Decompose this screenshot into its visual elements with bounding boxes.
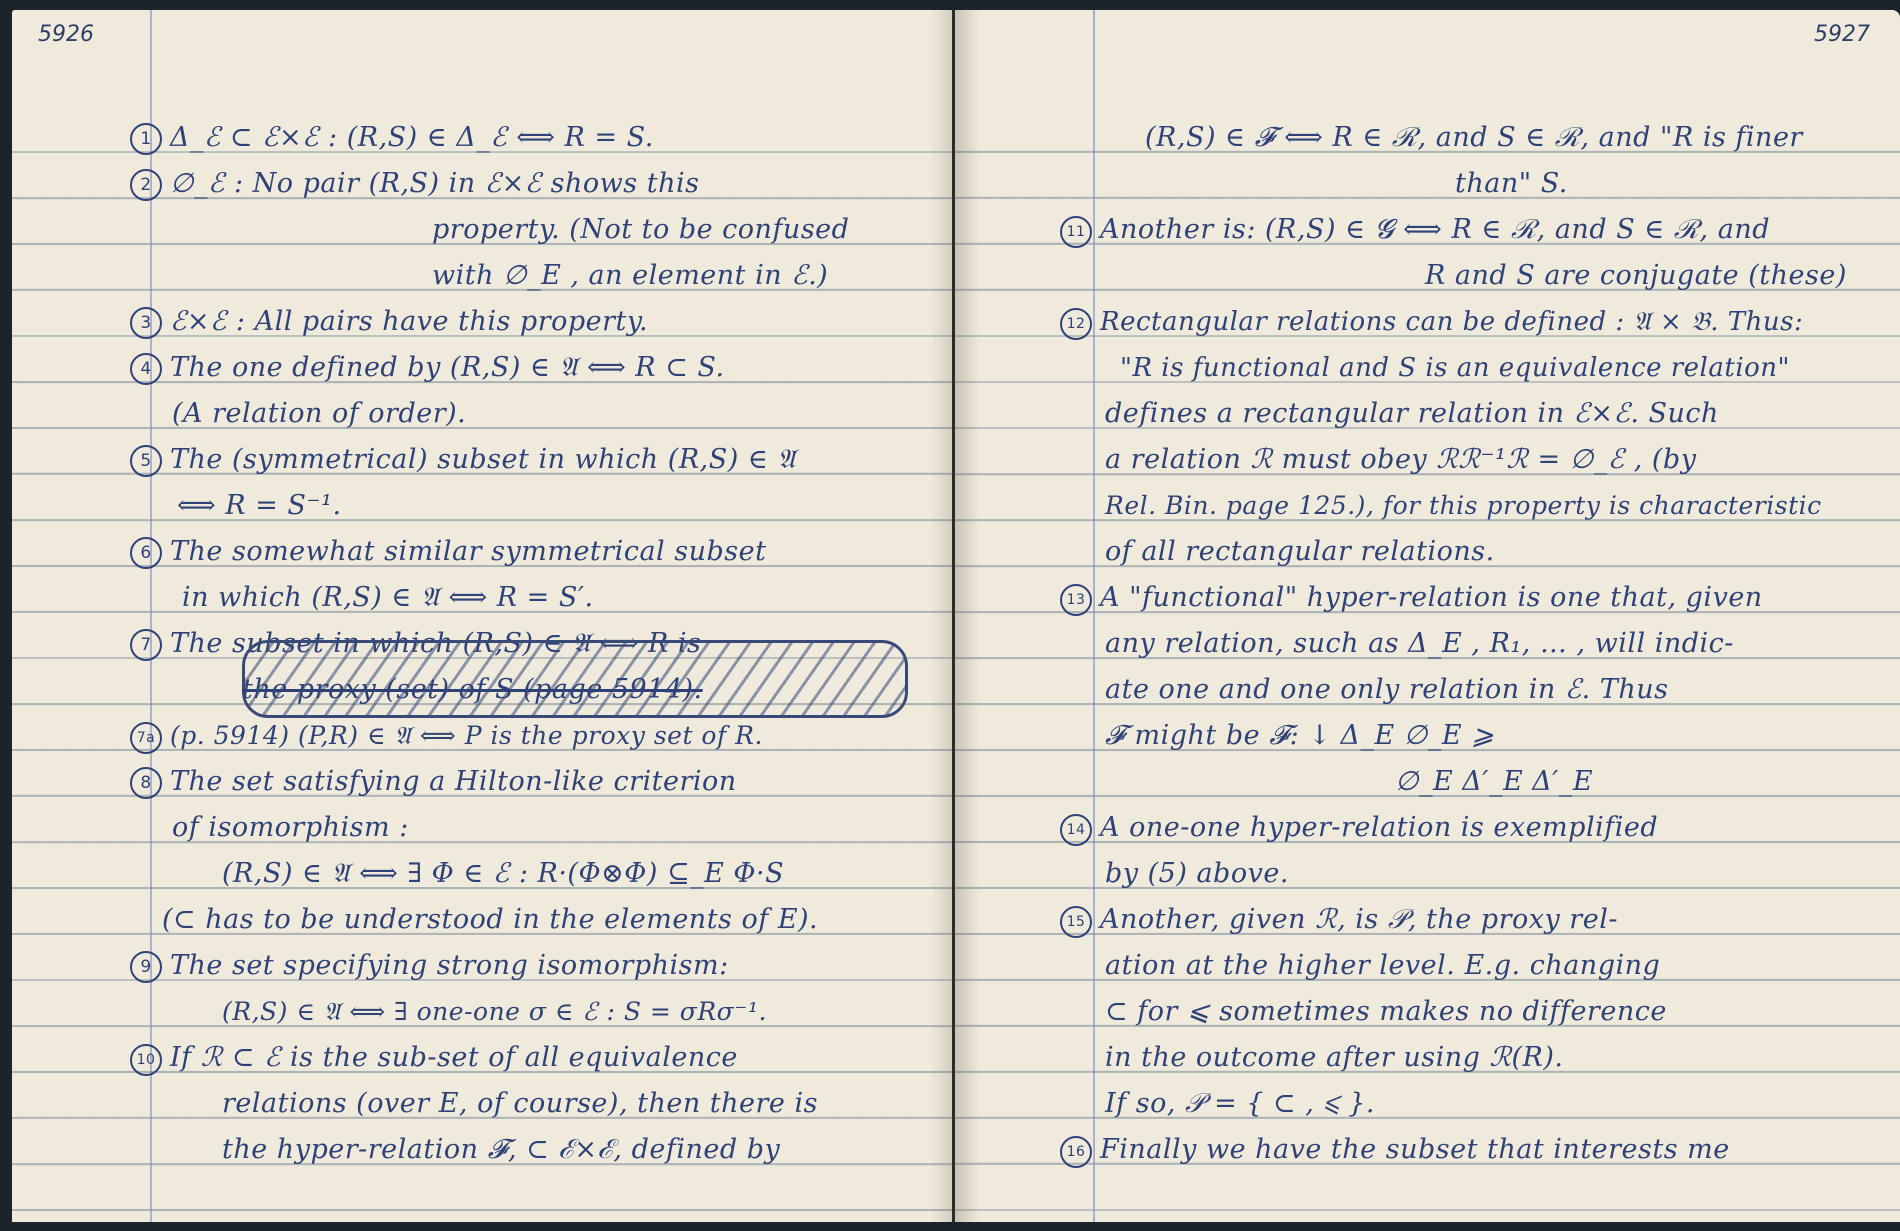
- right-page-header-area: [955, 10, 1900, 140]
- right-margin-line: [1093, 10, 1095, 1222]
- line-text: The set satisfying a Hilton-like criteri…: [170, 766, 737, 797]
- list-item-continuation: ⟺ R = S⁻¹.: [177, 491, 342, 521]
- item-number-badge: 10: [130, 1044, 162, 1076]
- list-item: 10If ℛ ⊂ ℰ is the sub-set of all equival…: [130, 1043, 738, 1076]
- struck-out-line: the proxy (set) of S (page 5914).: [242, 675, 703, 705]
- item-number-badge: 3: [130, 307, 162, 339]
- line-text: The one defined by (R,S) ∈ 𝔄 ⟺ R ⊂ S.: [170, 352, 725, 383]
- list-item: 12Rectangular relations can be defined :…: [1060, 307, 1803, 340]
- left-page-header-area: [12, 10, 952, 140]
- list-item: 5The (symmetrical) subset in which (R,S)…: [130, 445, 796, 477]
- item-number-badge: 2: [130, 169, 162, 201]
- list-item-continuation: than" S.: [1455, 169, 1568, 199]
- list-item-continuation: with ∅_E , an element in ℰ.): [432, 261, 828, 291]
- item-number-badge: 12: [1060, 308, 1092, 340]
- list-item: 13A "functional" hyper-relation is one t…: [1060, 583, 1763, 616]
- list-item: 2∅_ℰ : No pair (R,S) in ℰ×ℰ shows this: [130, 169, 699, 201]
- line-text: A one-one hyper-relation is exemplified: [1100, 812, 1658, 843]
- item-number-badge: 7: [130, 629, 162, 661]
- formula-line: (R,S) ∈ 𝔄 ⟺ ∃ Φ ∈ ℰ : R·(Φ⊗Φ) ⊆_E Φ·S: [222, 859, 784, 889]
- list-item: 8The set satisfying a Hilton-like criter…: [130, 767, 737, 799]
- list-item-continuation: property. (Not to be confused: [432, 215, 849, 245]
- line-text: ℰ×ℰ : All pairs have this property.: [170, 306, 648, 337]
- formula-line: (R,S) ∈ 𝓕 ⟺ R ∈ ℛ, and S ∈ ℛ, and "R is …: [1145, 123, 1803, 153]
- list-item: 6The somewhat similar symmetrical subset: [130, 537, 766, 569]
- list-item-continuation: ate one and one only relation in ℰ. Thus: [1105, 675, 1668, 705]
- line-text: Δ_ℰ ⊂ ℰ×ℰ : (R,S) ∈ Δ_ℰ ⟺ R = S.: [170, 122, 654, 153]
- item-number-badge: 4: [130, 353, 162, 385]
- item-number-badge: 11: [1060, 216, 1092, 248]
- line-text: If ℛ ⊂ ℰ is the sub-set of all equivalen…: [170, 1042, 738, 1073]
- line-text: The (symmetrical) subset in which (R,S) …: [170, 444, 796, 475]
- line-text: (p. 5914) (P,R) ∈ 𝔄 ⟺ P is the proxy set…: [170, 721, 763, 750]
- list-item: 14A one-one hyper-relation is exemplifie…: [1060, 813, 1658, 846]
- right-page-number: 5927: [1814, 22, 1870, 47]
- hyper-relation-diagram-row: ∅_E Δ′_E Δ′_E: [1395, 767, 1593, 797]
- left-page-number: 5926: [38, 22, 94, 47]
- formula-line: (R,S) ∈ 𝔄 ⟺ ∃ one-one σ ∈ ℰ : S = σRσ⁻¹.: [222, 997, 767, 1027]
- item-number-badge: 5: [130, 445, 162, 477]
- line-text: a relation ℛ must obey ℛℛ⁻¹ℛ = ∅_ℰ , (by: [1105, 444, 1696, 475]
- item-number-badge: 14: [1060, 814, 1092, 846]
- list-item-continuation: ation at the higher level. E.g. changing: [1105, 951, 1660, 981]
- list-item-continuation: the hyper-relation 𝓕, ⊂ ℰ×ℰ, defined by: [222, 1135, 780, 1165]
- list-item-continuation: in which (R,S) ∈ 𝔄 ⟺ R = S′.: [182, 583, 594, 613]
- line-text: with ∅_E , an element in ℰ.): [432, 260, 828, 291]
- item-number-badge: 9: [130, 951, 162, 983]
- list-item-continuation: of all rectangular relations.: [1105, 537, 1495, 567]
- line-text: The set specifying strong isomorphism:: [170, 950, 729, 981]
- list-item-continuation: relations (over E, of course), then ther…: [222, 1089, 818, 1119]
- list-item-continuation: R and S are conjugate (these): [1425, 261, 1847, 291]
- list-item: 16Finally we have the subset that intere…: [1060, 1135, 1730, 1168]
- item-number-badge: 15: [1060, 906, 1092, 938]
- item-number-badge: 8: [130, 767, 162, 799]
- item-number-badge: 7a: [130, 722, 162, 754]
- line-text: Rectangular relations can be defined : 𝔄…: [1100, 307, 1803, 337]
- item-number-badge: 6: [130, 537, 162, 569]
- list-item: 11Another is: (R,S) ∈ 𝓖 ⟺ R ∈ ℛ, and S ∈…: [1060, 215, 1770, 248]
- list-item-continuation: (A relation of order).: [172, 399, 466, 429]
- item-number-badge: 13: [1060, 584, 1092, 616]
- list-item-continuation: any relation, such as Δ_E , R₁, … , will…: [1105, 629, 1734, 659]
- line-text: The somewhat similar symmetrical subset: [170, 536, 766, 567]
- list-item-continuation: in the outcome after using ℛ(R).: [1105, 1043, 1564, 1073]
- left-page: 5926 1Δ_ℰ ⊂ ℰ×ℰ : (R,S) ∈ Δ_ℰ ⟺ R = S. 2…: [12, 10, 952, 1222]
- line-text: Finally we have the subset that interest…: [1100, 1134, 1730, 1165]
- list-item: 15Another, given ℛ, is 𝒫, the proxy rel-: [1060, 905, 1618, 938]
- item-number-badge: 16: [1060, 1136, 1092, 1168]
- list-item-continuation: Rel. Bin. page 125.), for this property …: [1105, 491, 1822, 521]
- item-number-badge: 1: [130, 123, 162, 155]
- list-item: 7a(p. 5914) (P,R) ∈ 𝔄 ⟺ P is the proxy s…: [130, 721, 763, 754]
- list-item-continuation: of isomorphism :: [172, 813, 409, 843]
- line-text: Another, given ℛ, is 𝒫, the proxy rel-: [1100, 904, 1618, 935]
- right-page: 5927 (R,S) ∈ 𝓕 ⟺ R ∈ ℛ, and S ∈ ℛ, and "…: [955, 10, 1900, 1222]
- list-item-continuation: If so, 𝒫 = { ⊂ , ⩽ }.: [1105, 1089, 1375, 1119]
- list-item-continuation: defines a rectangular relation in ℰ×ℰ. S…: [1105, 399, 1719, 429]
- list-item-continuation: ⊂ for ⩽ sometimes makes no difference: [1105, 997, 1667, 1027]
- line-text: A "functional" hyper-relation is one tha…: [1100, 582, 1763, 613]
- list-item-continuation: "R is functional and S is an equivalence…: [1120, 353, 1790, 383]
- hyper-relation-diagram-row: 𝓕 might be 𝓕: ↓ Δ_E ∅_E ⩾: [1105, 721, 1494, 751]
- list-item-continuation: a relation ℛ must obey ℛℛ⁻¹ℛ = ∅_ℰ , (by: [1105, 445, 1696, 475]
- list-item: 3ℰ×ℰ : All pairs have this property.: [130, 307, 648, 339]
- line-text: ∅_ℰ : No pair (R,S) in ℰ×ℰ shows this: [170, 168, 699, 199]
- notebook-spread: 5926 1Δ_ℰ ⊂ ℰ×ℰ : (R,S) ∈ Δ_ℰ ⟺ R = S. 2…: [0, 0, 1900, 1231]
- line-text: Another is: (R,S) ∈ 𝓖 ⟺ R ∈ ℛ, and S ∈ ℛ…: [1100, 214, 1770, 245]
- list-item-continuation: (⊂ has to be understood in the elements …: [162, 905, 818, 935]
- list-item: 4The one defined by (R,S) ∈ 𝔄 ⟺ R ⊂ S.: [130, 353, 725, 385]
- list-item-continuation: by (5) above.: [1105, 859, 1289, 889]
- list-item: 1Δ_ℰ ⊂ ℰ×ℰ : (R,S) ∈ Δ_ℰ ⟺ R = S.: [130, 123, 654, 155]
- list-item: 9The set specifying strong isomorphism:: [130, 951, 729, 983]
